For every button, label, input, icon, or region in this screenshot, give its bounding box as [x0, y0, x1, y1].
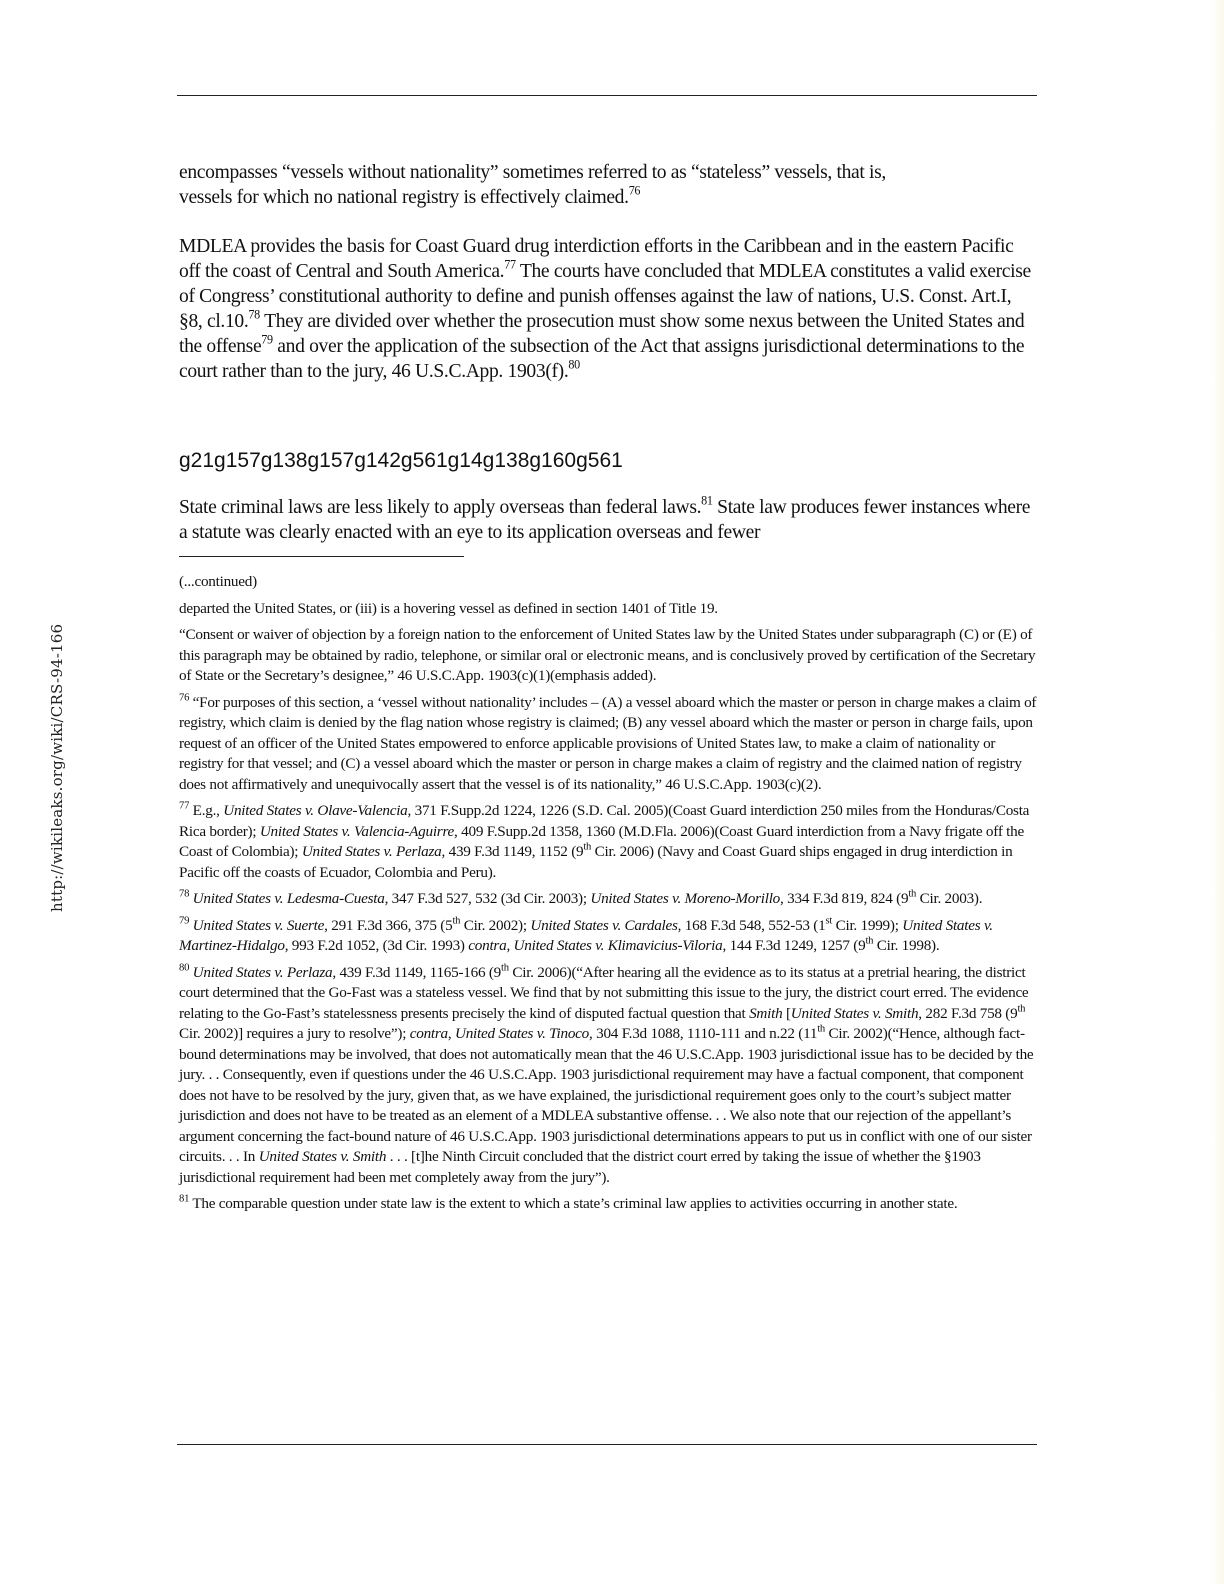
paragraph-3: State criminal laws are less likely to a… — [179, 495, 1039, 545]
footnote-separator — [179, 556, 464, 557]
page-edge — [1212, 0, 1224, 1584]
footnote-78: 78 United States v. Ledesma-Cuesta, 347 … — [179, 889, 1037, 910]
footnote-80: 80 United States v. Perlaza, 439 F.3d 11… — [179, 963, 1037, 1189]
header-rule — [177, 95, 1037, 96]
footnote-ref[interactable]: 80 — [568, 358, 579, 372]
side-url-watermark: http://wikileaks.org/wiki/CRS-94-166 — [48, 624, 66, 912]
footnote-continued-label: (...continued) — [179, 572, 1037, 593]
footnote-81: 81 The comparable question under state l… — [179, 1194, 1037, 1215]
paragraph-1: encompasses “vessels without nationality… — [179, 160, 1039, 210]
footnote-ref[interactable]: 76 — [629, 184, 640, 198]
footnote-ref[interactable]: 81 — [701, 494, 712, 508]
footnote-77: 77 E.g., United States v. Olave-Valencia… — [179, 801, 1037, 883]
paragraph-2: MDLEA provides the basis for Coast Guard… — [179, 234, 1039, 384]
footnote-79: 79 United States v. Suerte, 291 F.3d 366… — [179, 916, 1037, 957]
footnote-76: 76 “For purposes of this section, a ‘ves… — [179, 693, 1037, 796]
footnotes: (...continued) departed the United State… — [179, 572, 1037, 1221]
footnote-ref[interactable]: 78 — [248, 308, 259, 322]
footnote-continued-quote: “Consent or waiver of objection by a for… — [179, 625, 1037, 687]
footnote-ref[interactable]: 77 — [504, 258, 515, 272]
footnote-continued-text: departed the United States, or (iii) is … — [179, 599, 1037, 620]
footnote-ref[interactable]: 79 — [261, 333, 272, 347]
section-heading: g21g157g138g157g142g561g14g138g160g561 — [179, 449, 623, 473]
footer-rule — [177, 1444, 1037, 1445]
